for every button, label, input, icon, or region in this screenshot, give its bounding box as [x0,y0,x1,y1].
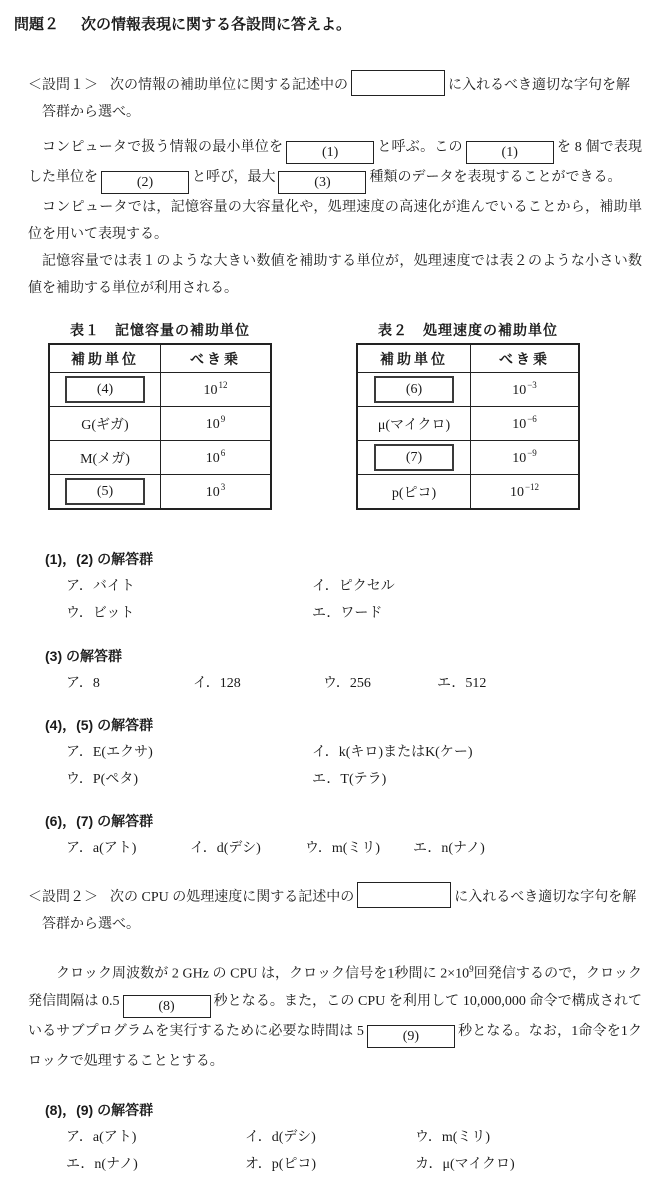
option-i: イ．k(キロ)またはK(ケー) [312,739,672,766]
blank-box-empty [357,882,451,908]
answer-options: ア．E(エクサ) イ．k(キロ)またはK(ケー) ウ．P(ペタ) エ．T(テラ) [66,739,672,793]
answer-options: ア．a(アト) イ．d(デシ) ウ．m(ミリ) エ．n(ナノ) [66,835,672,862]
option-a: ア．E(エクサ) [66,739,312,766]
blank-box-empty [351,70,445,96]
q1-paragraph-2: コンピュータでは，記憶容量の大容量化や，処理速度の高速化が進んでいることから，補… [28,194,642,248]
option-a: ア．a(アト) [66,1124,245,1151]
table-row: M(メガ) 106 [49,441,271,475]
blank-box-3: (3) [278,171,366,194]
power-value: 10−12 [510,485,539,500]
subquestion-1-heading: ＜設問１＞次の情報の補助単位に関する記述中のに入れるべき適切な字句を解答群から選… [42,70,642,126]
blank-box-1b: (1) [466,141,554,164]
power-value: 10−6 [512,417,537,432]
table-row: (4) 1012 [49,373,271,407]
subquestion-1-tag: ＜設問１＞ [28,78,98,93]
option-e: エ．ワード [312,600,672,627]
unit-label: μ(マイクロ) [378,418,450,433]
option-i: イ．d(デシ) [190,835,305,862]
subquestion-2-tag: ＜設問２＞ [28,890,98,905]
text-run: と呼び，最大 [192,170,275,185]
q1-body: コンピュータで扱う情報の最小単位を(1)と呼ぶ。この(1)を 8 個で表現した単… [28,134,642,302]
option-o: オ．p(ピコ) [245,1151,415,1177]
table-1-caption: 表１ 記憶容量の補助単位 [48,320,272,340]
table-2-grid: 補助単位 べき乗 (6) 10−3 μ(マイクロ) 10−6 (7) 10−9 … [356,343,580,510]
answer-group-3: (3) の解答群 ア．8 イ．128 ウ．256 エ．512 [45,643,672,697]
text-run: と呼ぶ。この [377,140,463,155]
exam-page: 問題２次の情報表現に関する各設問に答えよ。 ＜設問１＞次の情報の補助単位に関する… [0,0,672,1177]
option-u: ウ．m(ミリ) [305,835,413,862]
table-2-caption: 表２ 処理速度の補助単位 [356,320,580,340]
power-value: 1012 [204,383,228,398]
table-1-grid: 補助単位 べき乗 (4) 1012 G(ギガ) 109 M(メガ) 106 (5… [48,343,272,510]
answer-options: ア．バイト イ．ピクセル ウ．ビット エ．ワード [66,573,672,627]
option-e: エ．T(テラ) [312,766,672,793]
text-run: コンピュータで扱う情報の最小単位を [42,140,283,155]
col-header-power: べき乗 [471,344,580,373]
answer-group-title: (8)，(9) の解答群 [45,1097,672,1124]
answer-group-title: (6)，(7) の解答群 [45,808,672,835]
table-row: (7) 10−9 [357,441,579,475]
text-run: 種類のデータを表現することができる。 [369,170,621,185]
option-e: エ．512 [437,670,672,697]
option-i: イ．ピクセル [312,573,672,600]
q1-paragraph-3: 記憶容量では表１のような大きい数値を補助する単位が，処理速度では表２のような小さ… [28,248,642,302]
unit-label: p(ピコ) [392,486,436,501]
unit-label: G(ギガ) [81,418,128,433]
answer-group-6-7: (6)，(7) の解答群 ア．a(アト) イ．d(デシ) ウ．m(ミリ) エ．n… [45,808,672,862]
blank-box-8: (8) [123,995,211,1018]
option-u: ウ．m(ミリ) [415,1124,672,1151]
power-value: 106 [206,451,226,466]
option-i: イ．d(デシ) [245,1124,415,1151]
problem-number: 問題２ [14,16,59,33]
blank-box-9: (9) [367,1025,455,1048]
col-header-unit: 補助単位 [357,344,471,373]
subquestion-2-heading: ＜設問２＞次の CPU の処理速度に関する記述中のに入れるべき適切な字句を解答群… [42,882,642,938]
table-row: μ(マイクロ) 10−6 [357,407,579,441]
option-u: ウ．ビット [66,600,312,627]
table-header-row: 補助単位 べき乗 [49,344,271,373]
power-value: 103 [206,485,226,500]
col-header-unit: 補助単位 [49,344,161,373]
answer-options: ア．a(アト) イ．d(デシ) ウ．m(ミリ) エ．n(ナノ) オ．p(ピコ) … [66,1124,672,1177]
blank-box-1: (1) [286,141,374,164]
answer-options: ア．8 イ．128 ウ．256 エ．512 [66,670,672,697]
option-a: ア．バイト [66,573,312,600]
unit-tables: 表１ 記憶容量の補助単位 補助単位 べき乗 (4) 1012 G(ギガ) 109… [48,320,672,510]
blank-box-4: (4) [65,376,145,403]
table-row: p(ピコ) 10−12 [357,475,579,510]
text-run: 次の CPU の処理速度に関する記述中の [110,890,354,905]
table-2: 表２ 処理速度の補助単位 補助単位 べき乗 (6) 10−3 μ(マイクロ) 1… [356,320,580,510]
option-u: ウ．P(ペタ) [66,766,312,793]
q2-paragraph: クロック周波数が 2 GHz の CPU は，クロック信号を1秒間に 2×109… [28,956,642,1075]
option-a: ア．a(アト) [66,835,190,862]
answer-group-8-9: (8)，(9) の解答群 ア．a(アト) イ．d(デシ) ウ．m(ミリ) エ．n… [45,1097,672,1177]
table-row: G(ギガ) 109 [49,407,271,441]
table-row: (5) 103 [49,475,271,510]
power-value: 10−9 [512,451,537,466]
answer-group-1-2: (1)，(2) の解答群 ア．バイト イ．ピクセル ウ．ビット エ．ワード [45,546,672,627]
table-header-row: 補助単位 べき乗 [357,344,579,373]
option-e: エ．n(ナノ) [66,1151,245,1177]
option-i: イ．128 [193,670,323,697]
unit-label: M(メガ) [80,452,130,467]
q1-paragraph-1: コンピュータで扱う情報の最小単位を(1)と呼ぶ。この(1)を 8 個で表現した単… [28,134,642,194]
problem-title-text: 次の情報表現に関する各設問に答えよ。 [81,16,351,33]
text-run: クロック周波数が 2 GHz の CPU は，クロック信号を1秒間に 2×10 [56,967,469,982]
answer-group-4-5: (4)，(5) の解答群 ア．E(エクサ) イ．k(キロ)またはK(ケー) ウ．… [45,712,672,793]
blank-box-7: (7) [374,444,454,471]
table-row: (6) 10−3 [357,373,579,407]
problem-heading: 問題２次の情報表現に関する各設問に答えよ。 [14,14,672,36]
power-value: 10−3 [512,383,537,398]
option-a: ア．8 [66,670,193,697]
answer-group-title: (1)，(2) の解答群 [45,546,672,573]
answer-group-title: (4)，(5) の解答群 [45,712,672,739]
col-header-power: べき乗 [161,344,272,373]
option-e: エ．n(ナノ) [413,835,672,862]
option-ka: カ．μ(マイクロ) [415,1151,672,1177]
answer-group-title: (3) の解答群 [45,643,672,670]
blank-box-5: (5) [65,478,145,505]
blank-box-2: (2) [101,171,189,194]
option-u: ウ．256 [323,670,437,697]
power-value: 109 [206,417,226,432]
text-run: 次の情報の補助単位に関する記述中の [110,78,348,93]
blank-box-6: (6) [374,376,454,403]
table-1: 表１ 記憶容量の補助単位 補助単位 べき乗 (4) 1012 G(ギガ) 109… [48,320,272,510]
